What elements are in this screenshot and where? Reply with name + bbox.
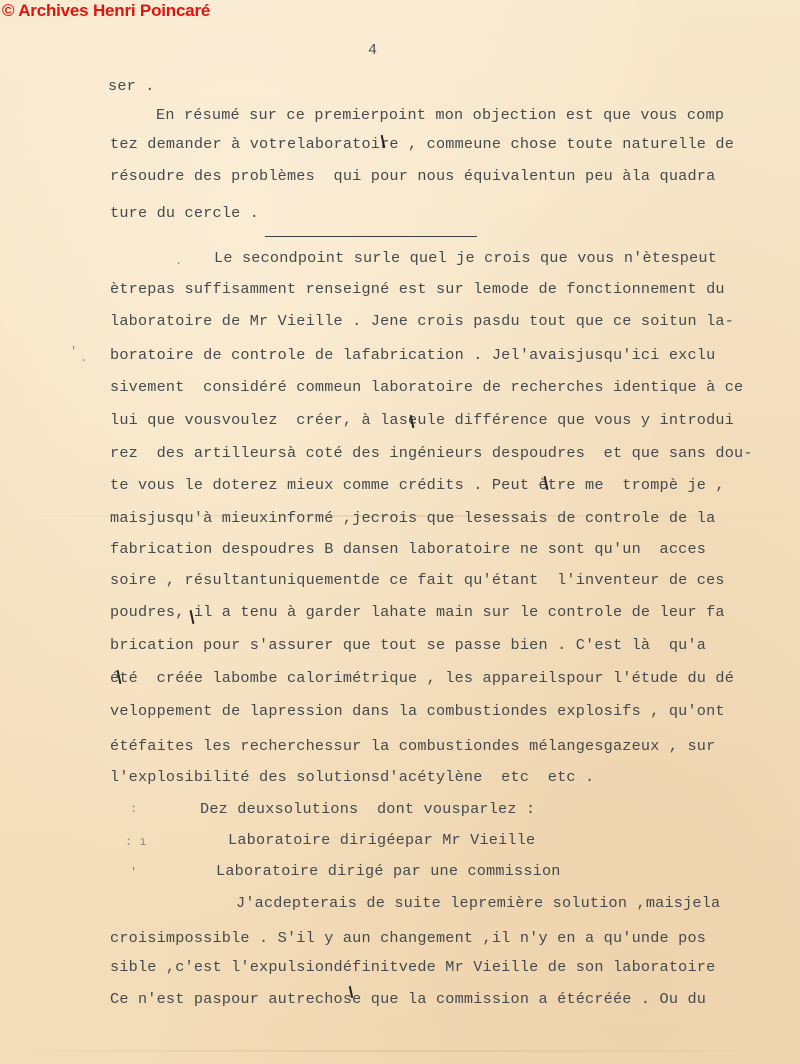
text-line: sible ,c'est l'expulsiondéfinitvede Mr V… xyxy=(110,958,715,976)
margin-mark: . xyxy=(80,351,87,365)
text-line: Ce n'est paspour autrechose que la commi… xyxy=(110,990,706,1008)
text-line: te vous le doterez mieux comme crédits .… xyxy=(110,476,725,494)
margin-mark: ' xyxy=(130,866,137,880)
text-line: poudres, il a tenu à garder lahate main … xyxy=(110,603,725,621)
text-line: ètrepas suffisamment renseigné est sur l… xyxy=(110,280,725,298)
text-line: tez demander à votrelaboratoire , commeu… xyxy=(110,135,734,153)
text-line: brication pour s'assurer que tout se pas… xyxy=(110,636,706,654)
text-line: croisimpossible . S'il y aun changement … xyxy=(110,929,706,947)
text-line: résoudre des problèmes qui pour nous équ… xyxy=(110,167,715,185)
text-line: ture du cercle . xyxy=(110,204,259,222)
text-line: laboratoire de Mr Vieille . Jene crois p… xyxy=(110,312,734,330)
text-line: été créée labombe calorimétrique , les a… xyxy=(110,669,734,687)
text-line: En résumé sur ce premierpoint mon object… xyxy=(156,106,724,124)
text-line: rez des artilleursà coté des ingénieurs … xyxy=(110,444,753,462)
document-page: © Archives Henri Poincaré 4 ser . En rés… xyxy=(0,0,800,1064)
text-line: soire , résultantuniquementde ce fait qu… xyxy=(110,571,725,589)
margin-mark: : ı xyxy=(125,835,147,849)
margin-mark: : xyxy=(130,802,137,816)
text-line: Laboratoire dirigéepar Mr Vieille xyxy=(228,831,535,849)
text-line: fabrication despoudres B dansen laborato… xyxy=(110,540,706,558)
page-number: 4 xyxy=(368,42,377,59)
paper-fold xyxy=(0,1050,800,1052)
margin-mark: ' xyxy=(70,345,77,359)
copyright-watermark: © Archives Henri Poincaré xyxy=(2,1,210,21)
text-line: l'explosibilité des solutionsd'acétylène… xyxy=(110,768,594,786)
text-line: sivement considéré commeun laboratoire d… xyxy=(110,378,743,396)
text-line: J'acdepterais de suite lepremière soluti… xyxy=(236,894,720,912)
text-line: maisjusqu'à mieuxinformé ,jecrois que le… xyxy=(110,509,715,527)
margin-mark: . xyxy=(175,254,182,268)
text-line: veloppement de lapression dans la combus… xyxy=(110,702,725,720)
text-line: Dez deuxsolutions dont vousparlez : xyxy=(200,800,535,818)
section-divider xyxy=(265,236,477,237)
text-line: étéfaites les recherchessur la combustio… xyxy=(110,737,715,755)
text-line: lui que vousvoulez créer, à laseule diff… xyxy=(110,411,734,429)
text-line: Le secondpoint surle quel je crois que v… xyxy=(214,249,717,267)
text-line: Laboratoire dirigé par une commission xyxy=(216,862,561,880)
text-line: ser . xyxy=(108,77,155,95)
text-line: boratoire de controle de lafabrication .… xyxy=(110,346,715,364)
